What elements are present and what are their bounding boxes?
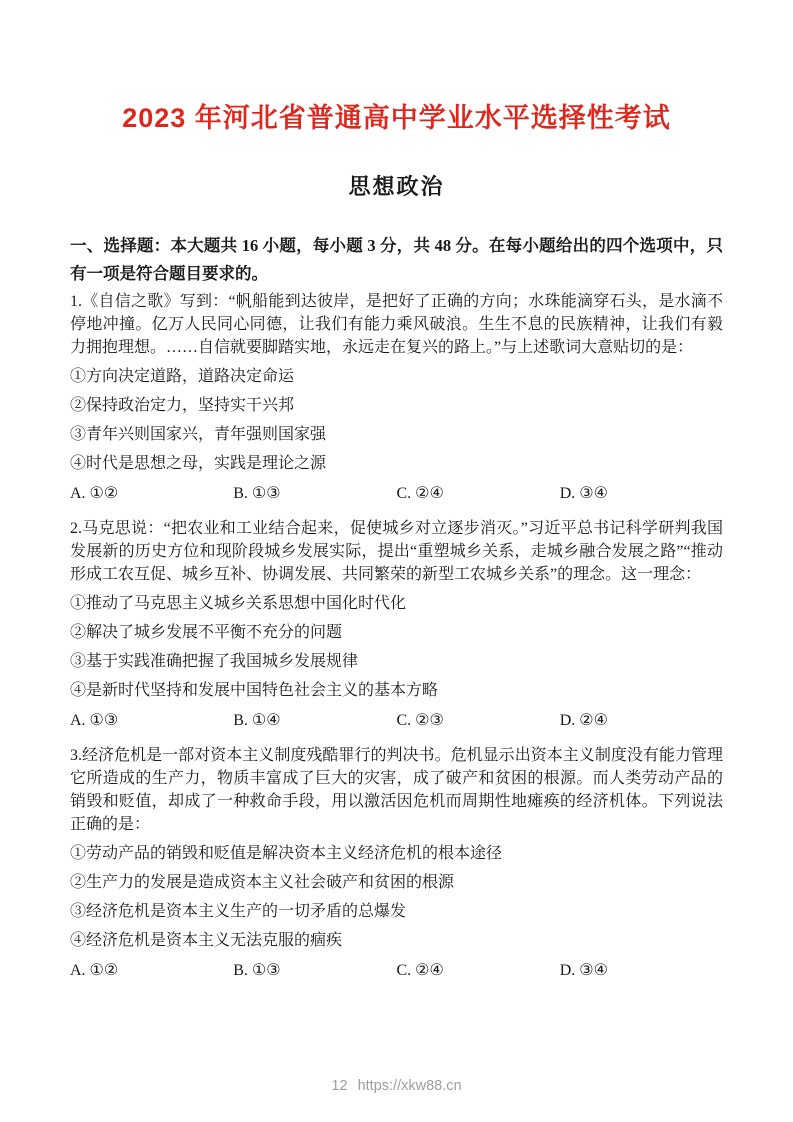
question-3-statement-2: ②生产力的发展是造成资本主义社会破产和贫困的根源 bbox=[70, 872, 723, 894]
question-2-choice-d: D. ②④ bbox=[560, 710, 723, 732]
question-3: 3.经济危机是一部对资本主义制度残酷罪行的判决书。危机显示出资本主义制度没有能力… bbox=[70, 744, 723, 982]
question-3-choice-a: A. ①② bbox=[70, 960, 233, 982]
question-2-statement-1: ①推动了马克思主义城乡关系思想中国化时代化 bbox=[70, 593, 723, 615]
section-intro: 一、选择题：本大题共 16 小题，每小题 3 分，共 48 分。在每小题给出的四… bbox=[70, 232, 723, 288]
question-3-choice-c: C. ②④ bbox=[397, 960, 560, 982]
question-3-statement-1: ①劳动产品的销毁和贬值是解决资本主义经济危机的根本途径 bbox=[70, 843, 723, 865]
question-3-choice-d: D. ③④ bbox=[560, 960, 723, 982]
question-3-statement-3: ③经济危机是资本主义生产的一切矛盾的总爆发 bbox=[70, 901, 723, 923]
question-1: 1.《自信之歌》写到：“帆船能到达彼岸，是把好了正确的方向；水珠能滴穿石头，是水… bbox=[70, 290, 723, 505]
footer-site-url: https://xkw88.cn bbox=[358, 1078, 462, 1094]
question-2-statement-2: ②解决了城乡发展不平衡不充分的问题 bbox=[70, 622, 723, 644]
question-1-choice-c: C. ②④ bbox=[397, 483, 560, 505]
question-1-stem: 1.《自信之歌》写到：“帆船能到达彼岸，是把好了正确的方向；水珠能滴穿石头，是水… bbox=[70, 290, 723, 359]
question-2-choice-c: C. ②③ bbox=[397, 710, 560, 732]
question-2: 2.马克思说：“把农业和工业结合起来，促使城乡对立逐步消灭。”习近平总书记科学研… bbox=[70, 517, 723, 732]
question-3-choice-b: B. ①③ bbox=[233, 960, 396, 982]
question-1-statement-1: ①方向决定道路，道路决定命运 bbox=[70, 366, 723, 388]
exam-page: 2023 年河北省普通高中学业水平选择性考试 思想政治 一、选择题：本大题共 1… bbox=[0, 0, 793, 1122]
question-1-choice-d: D. ③④ bbox=[560, 483, 723, 505]
question-1-choice-b: B. ①③ bbox=[233, 483, 396, 505]
question-2-choice-b: B. ①④ bbox=[233, 710, 396, 732]
exam-title: 2023 年河北省普通高中学业水平选择性考试 bbox=[70, 100, 723, 136]
question-2-choice-row: A. ①③ B. ①④ C. ②③ D. ②④ bbox=[70, 710, 723, 732]
question-3-statement-4: ④经济危机是资本主义无法克服的痼疾 bbox=[70, 930, 723, 952]
question-1-choice-row: A. ①② B. ①③ C. ②④ D. ③④ bbox=[70, 483, 723, 505]
question-1-statement-3: ③青年兴则国家兴，青年强则国家强 bbox=[70, 424, 723, 446]
question-3-choice-row: A. ①② B. ①③ C. ②④ D. ③④ bbox=[70, 960, 723, 982]
question-1-statement-4: ④时代是思想之母，实践是理论之源 bbox=[70, 453, 723, 475]
question-2-statement-3: ③基于实践准确把握了我国城乡发展规律 bbox=[70, 651, 723, 673]
question-3-stem: 3.经济危机是一部对资本主义制度残酷罪行的判决书。危机显示出资本主义制度没有能力… bbox=[70, 744, 723, 836]
page-footer: 12 https://xkw88.cn bbox=[0, 1077, 793, 1095]
question-2-choice-a: A. ①③ bbox=[70, 710, 233, 732]
question-1-choice-a: A. ①② bbox=[70, 483, 233, 505]
question-1-statement-2: ②保持政治定力，坚持实干兴邦 bbox=[70, 395, 723, 417]
question-2-stem: 2.马克思说：“把农业和工业结合起来，促使城乡对立逐步消灭。”习近平总书记科学研… bbox=[70, 517, 723, 586]
exam-subject: 思想政治 bbox=[70, 172, 723, 202]
question-2-statement-4: ④是新时代坚持和发展中国特色社会主义的基本方略 bbox=[70, 680, 723, 702]
page-number: 12 bbox=[331, 1078, 347, 1094]
